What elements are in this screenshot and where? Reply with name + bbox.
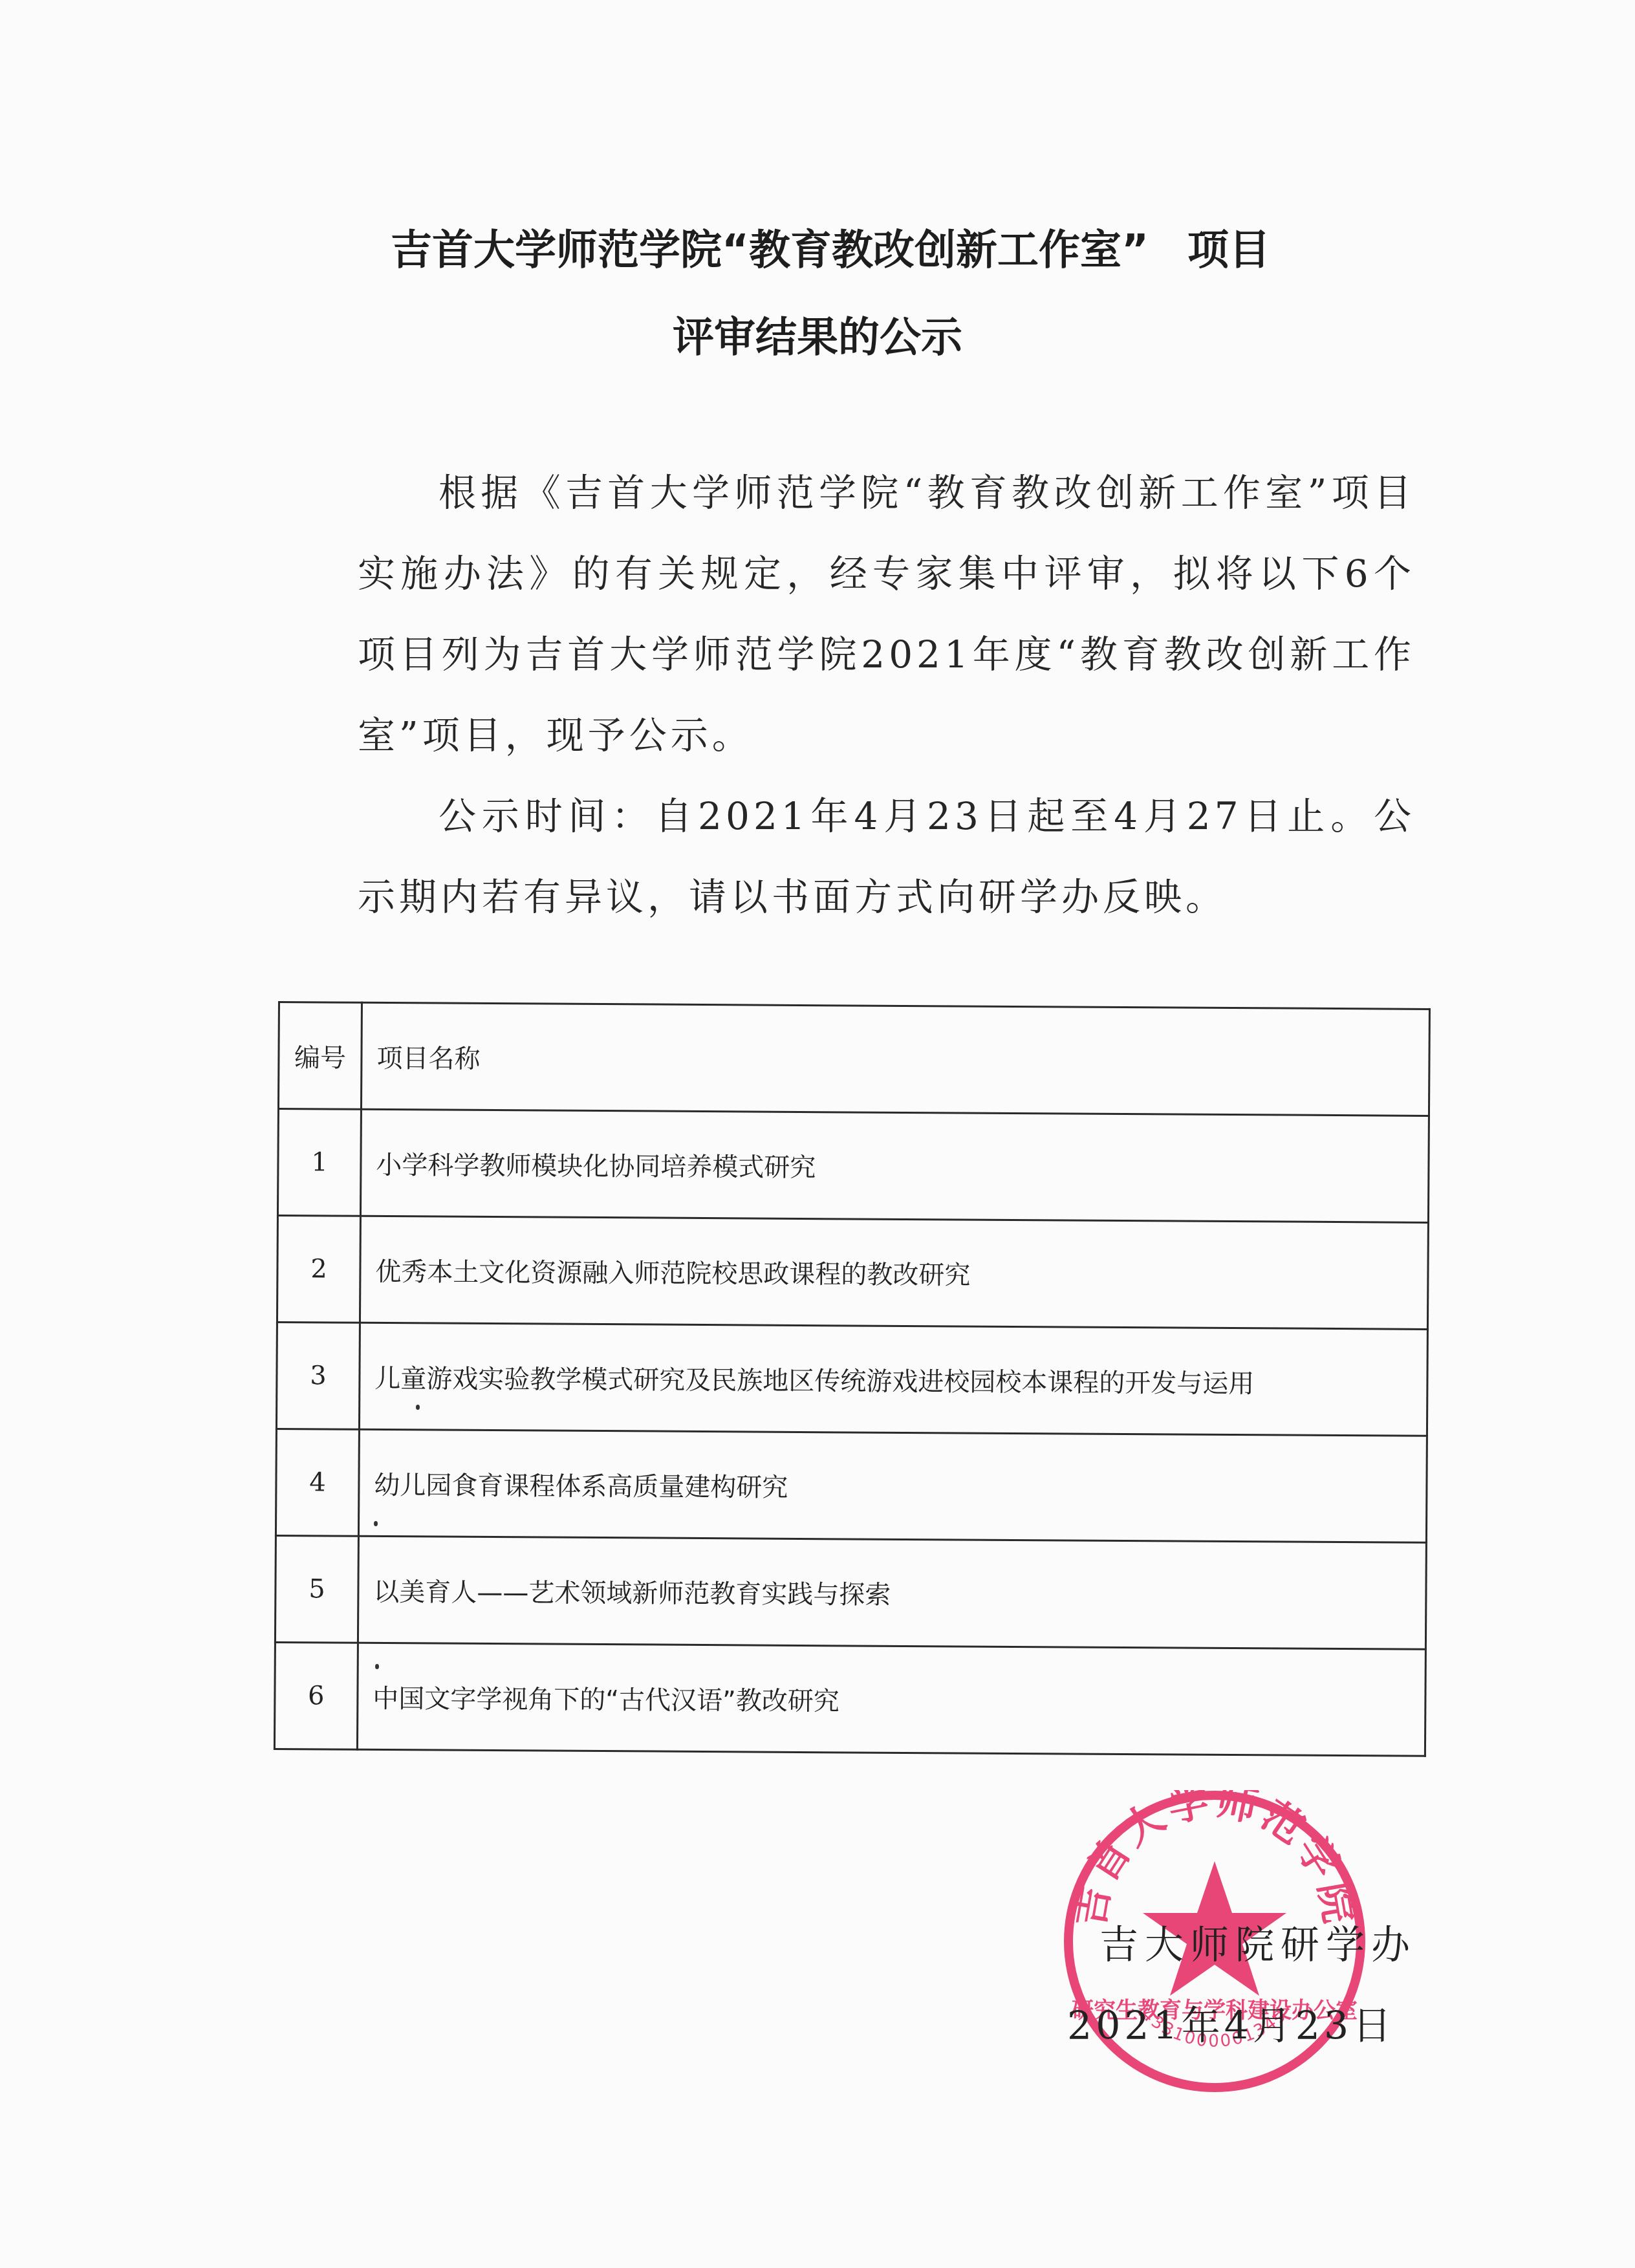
- scan-speck: [375, 1664, 379, 1669]
- row-project-name: 小学科学教师模块化协同培养模式研究: [360, 1109, 1429, 1222]
- title-part1: 吉首大学师范学院“教育教改创新工作室”: [391, 226, 1149, 274]
- row-number: 2: [277, 1216, 360, 1323]
- table-row: 5 以美育人——艺术领域新师范教育实践与探索: [275, 1535, 1426, 1649]
- row-number: 6: [274, 1642, 358, 1749]
- row-number: 5: [275, 1535, 358, 1643]
- table-header-row: 编号 项目名称: [278, 1002, 1429, 1116]
- title-part2: 项目: [1187, 226, 1270, 274]
- intro-paragraph-text: 根据《吉首大学师范学院“教育教改创新工作室”项目实施办法》的有关规定，经专家集中…: [358, 453, 1415, 776]
- document-title-line2: 评审结果的公示: [0, 304, 1635, 363]
- issuing-office: 吉大师院研学办: [1099, 1914, 1416, 1970]
- row-project-name: 儿童游戏实验教学模式研究及民族地区传统游戏进校园校本课程的开发与运用: [359, 1323, 1427, 1436]
- row-number: 4: [276, 1429, 359, 1536]
- notice-period-text: 公示时间：自2021年4月23日起至4月27日止。公示期内若有异议，请以书面方式…: [358, 776, 1415, 938]
- table-row: 1 小学科学教师模块化协同培养模式研究: [277, 1109, 1429, 1223]
- table-row: 6 中国文字学视角下的“古代汉语”教改研究: [274, 1642, 1425, 1756]
- document-page: 吉首大学师范学院“教育教改创新工作室”项目 评审结果的公示 根据《吉首大学师范学…: [0, 0, 1635, 2268]
- row-project-name: 以美育人——艺术领域新师范教育实践与探索: [358, 1536, 1426, 1649]
- header-project-name: 项目名称: [361, 1002, 1429, 1116]
- notice-period-paragraph: 公示时间：自2021年4月23日起至4月27日止。公示期内若有异议，请以书面方式…: [358, 776, 1415, 938]
- row-number: 3: [276, 1322, 360, 1429]
- table-row: 2 优秀本土文化资源融入师范院校思政课程的教改研究: [277, 1216, 1428, 1330]
- header-number: 编号: [278, 1002, 362, 1110]
- row-project-name: 幼儿园食育课程体系高质量建构研究: [358, 1429, 1427, 1542]
- table-row: 4 幼儿园食育课程体系高质量建构研究: [276, 1429, 1427, 1542]
- row-project-name: 优秀本土文化资源融入师范院校思政课程的教改研究: [360, 1216, 1428, 1329]
- intro-paragraph: 根据《吉首大学师范学院“教育教改创新工作室”项目实施办法》的有关规定，经专家集中…: [358, 453, 1415, 776]
- scan-speck: [374, 1521, 378, 1526]
- project-table: 编号 项目名称 1 小学科学教师模块化协同培养模式研究 2 优秀本土文化资源融入…: [274, 1001, 1431, 1757]
- scan-speck: [416, 1405, 420, 1410]
- row-number: 1: [277, 1109, 361, 1216]
- row-project-name: 中国文字学视角下的“古代汉语”教改研究: [357, 1643, 1425, 1756]
- issue-date: 2021年4月23日: [1067, 1995, 1395, 2051]
- table-row: 3 儿童游戏实验教学模式研究及民族地区传统游戏进校园校本课程的开发与运用: [276, 1322, 1427, 1436]
- document-title-line1: 吉首大学师范学院“教育教改创新工作室”项目: [0, 217, 1635, 276]
